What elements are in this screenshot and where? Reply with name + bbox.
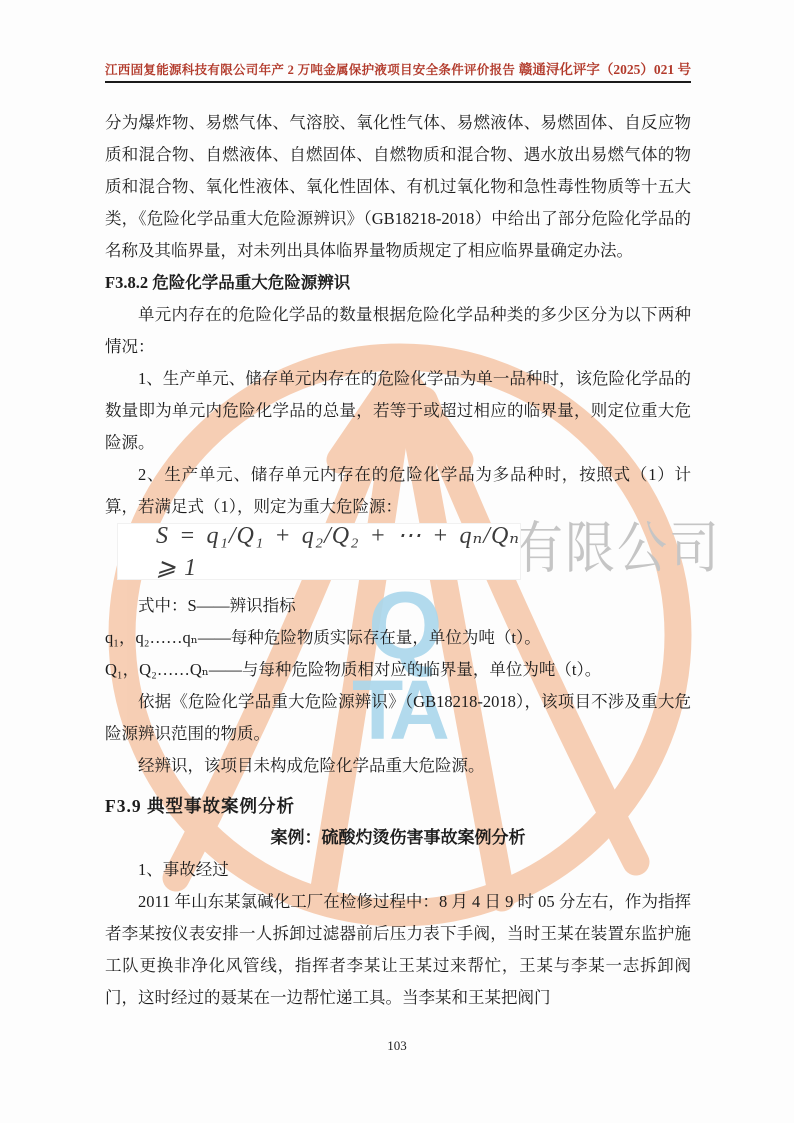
formula-note-label: 式中：S——辨识指标 [105,590,691,622]
watermark-company-text: 有限公司 [513,515,721,582]
document-number: 赣通浔化评字（2025）021 号 [519,58,691,78]
section-heading-f39: F3.9 典型事故案例分析 [105,790,691,822]
paragraph-conclusion-1: 依据《危险化学品重大危险源辨识》（GB18218-2018），该项目不涉及重大危… [105,686,691,750]
case-heading: 案例：硫酸灼烫伤害事故案例分析 [105,822,691,854]
paragraph-case-narrative: 2011 年山东某氯碱化工厂在检修过程中：8 月 4 日 9 时 05 分左右，… [105,886,691,1014]
formula-text: S = q₁/Q₁ + q₂/Q₂ + ⋯ + qₙ/Qₙ ⩾ 1 [156,520,520,584]
formula-image: S = q₁/Q₁ + q₂/Q₂ + ⋯ + qₙ/Qₙ ⩾ 1 [117,523,521,580]
paragraph-item-2: 2、生产单元、储存单元内存在的危险化学品为多品种时，按照式（1）计算，若满足式（… [105,459,691,523]
formula-note-capital-q: Q₁，Q₂……Qₙ——与每种危险物质相对应的临界量，单位为吨（t）。 [105,654,691,686]
paragraph-unit-intro: 单元内存在的危险化学品的数量根据危险化学品种类的多少区分为以下两种情况： [105,299,691,363]
report-title: 江西固复能源科技有限公司年产 2 万吨金属保护液项目安全条件评价报告 [105,60,515,78]
page-header: 江西固复能源科技有限公司年产 2 万吨金属保护液项目安全条件评价报告 赣通浔化评… [105,58,691,83]
formula-note-q: q₁，q₂……qₙ——每种危险物质实际存在量，单位为吨（t）。 [105,622,691,654]
case-subheading-1: 1、事故经过 [105,854,691,886]
paragraph-conclusion-2: 经辨识，该项目未构成危险化学品重大危险源。 [105,750,691,782]
document-body: 分为爆炸物、易燃气体、气溶胶、氧化性气体、易燃液体、易燃固体、自反应物质和混合物… [105,107,691,1014]
page-number: 103 [387,1038,407,1053]
page-footer: 103 [0,1038,794,1054]
formula-row: 有限公司 S = q₁/Q₁ + q₂/Q₂ + ⋯ + qₙ/Qₙ ⩾ 1 [117,523,691,580]
paragraph-hazard-classes: 分为爆炸物、易燃气体、气溶胶、氧化性气体、易燃液体、易燃固体、自反应物质和混合物… [105,107,691,267]
document-page: Q TA 江西固复能源科技有限公司年产 2 万吨金属保护液项目安全条件评价报告 … [0,0,794,1123]
paragraph-item-1: 1、生产单元、储存单元内存在的危险化学品为单一品种时，该危险化学品的数量即为单元… [105,363,691,459]
section-heading-f382: F3.8.2 危险化学品重大危险源辨识 [105,267,691,299]
